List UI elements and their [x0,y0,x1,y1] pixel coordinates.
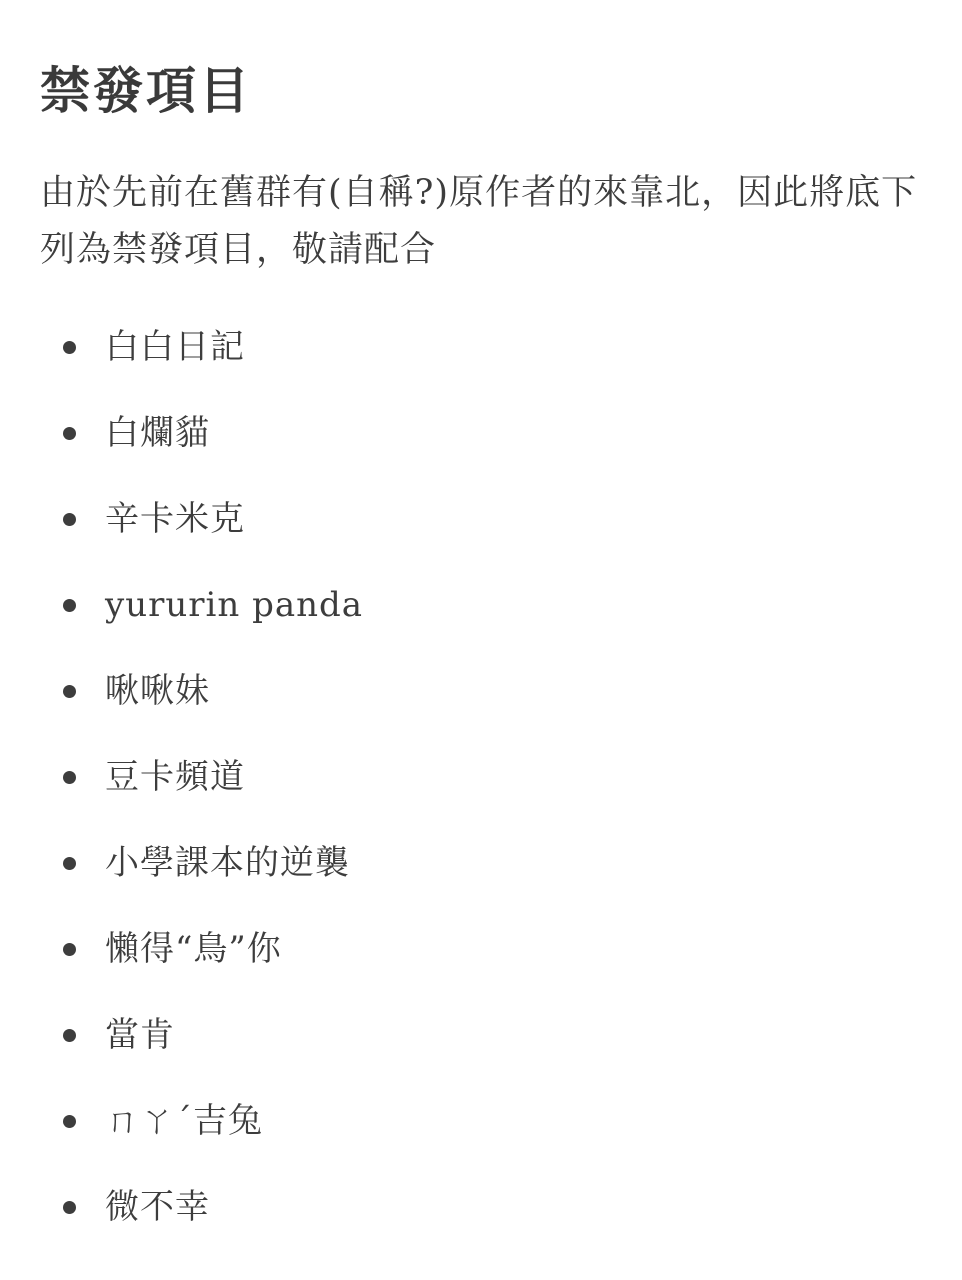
list-item: 微不幸 [40,1187,920,1227]
list-item-label: 辛卡米克 [105,499,245,539]
list-item: 小學課本的逆襲 [40,843,920,883]
list-item: 啾啾妹 [40,671,920,711]
list-item-label: 懶得“鳥”你 [105,929,282,969]
list-item-label: 白爛貓 [105,413,210,453]
list-item: 辛卡米克 [40,499,920,539]
list-item-label: 微不幸 [105,1187,210,1227]
list-item-label: yururin panda [105,585,363,625]
bullet-icon [63,771,76,784]
bullet-icon [63,341,76,354]
list-item-label: 小學課本的逆襲 [105,843,350,883]
list-item-label: 豆卡頻道 [105,757,245,797]
bullet-icon [63,1029,76,1042]
bullet-icon [63,943,76,956]
list-item-label: 當肯 [105,1015,175,1055]
bullet-icon [63,513,76,526]
list-item: 白爛貓 [40,413,920,453]
list-item: 當肯 [40,1015,920,1055]
bullet-icon [63,857,76,870]
bullet-icon [63,1201,76,1214]
bullet-icon [63,685,76,698]
list-item: 白白日記 [40,327,920,367]
list-item-label: 白白日記 [105,327,245,367]
document-page: 禁發項目 由於先前在舊群有(自稱?)原作者的來靠北，因此將底下列為禁發項目，敬請… [0,0,962,1280]
list-item: 豆卡頻道 [40,757,920,797]
list-item: yururin panda [40,585,920,625]
intro-paragraph: 由於先前在舊群有(自稱?)原作者的來靠北，因此將底下列為禁發項目，敬請配合 [40,165,920,279]
forbidden-items-list: 白白日記 白爛貓 辛卡米克 yururin panda 啾啾妹 豆卡頻道 小學課… [40,327,920,1227]
bullet-icon [63,427,76,440]
list-item: 懶得“鳥”你 [40,929,920,969]
bullet-icon [63,599,76,612]
list-item: ㄇㄚˊ吉兔 [40,1101,920,1141]
page-title: 禁發項目 [40,58,920,125]
bullet-icon [63,1115,76,1128]
list-item-label: ㄇㄚˊ吉兔 [105,1101,263,1141]
list-item-label: 啾啾妹 [105,671,210,711]
